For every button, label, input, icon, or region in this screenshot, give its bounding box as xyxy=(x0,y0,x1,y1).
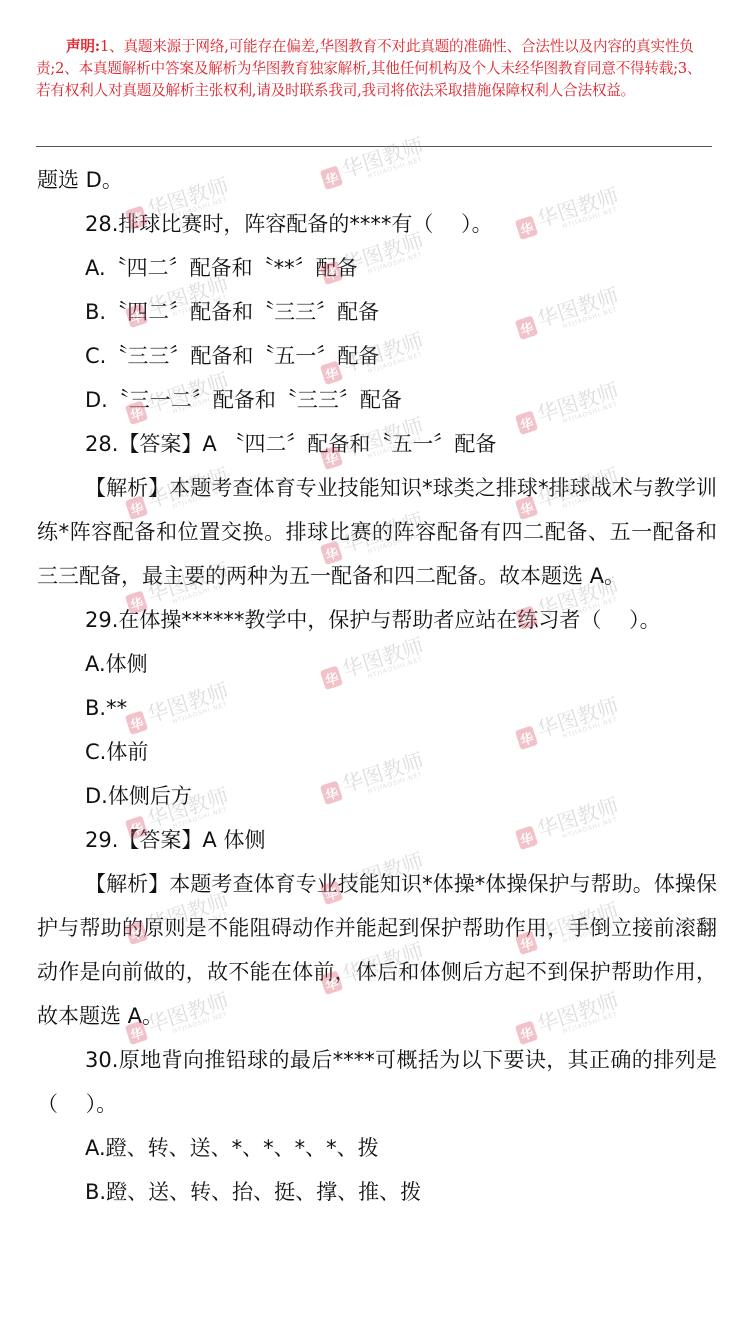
disclaimer-text: 1、真题来源于网络,可能存在偏差,华图教育不对此真题的准确性、合法性以及内容的真… xyxy=(36,38,701,99)
question-30-stem: 30.原地背向推铅球的最后****可概括为以下要诀，其正确的排列是（ ）。 xyxy=(37,1038,717,1126)
question-29-stem: 29.在体操******教学中，保护与帮助者应站在练习者（ ）。 xyxy=(37,598,717,642)
disclaimer-notice: 声明:1、真题来源于网络,可能存在偏差,华图教育不对此真题的准确性、合法性以及内… xyxy=(36,36,714,102)
question-28-option-b: B.〝四二〞配备和〝三三〞配备 xyxy=(37,290,717,334)
previous-answer-tail: 题选 D。 xyxy=(37,158,717,202)
question-30-option-a: A.蹬、转、送、*、*、*、*、拨 xyxy=(37,1126,717,1170)
question-29-option-b: B.** xyxy=(37,686,717,730)
question-28-stem: 28.排球比赛时，阵容配备的****有（ ）。 xyxy=(37,202,717,246)
question-30-option-b: B.蹬、送、转、抬、挺、撑、推、拨 xyxy=(37,1170,717,1214)
question-29-option-d: D.体侧后方 xyxy=(37,774,717,818)
question-28-option-a: A.〝四二〞配备和〝**〞配备 xyxy=(37,246,717,290)
question-28-option-d: D.〝三一二〞配备和〝三三〞配备 xyxy=(37,378,717,422)
document-body: 题选 D。 28.排球比赛时，阵容配备的****有（ ）。 A.〝四二〞配备和〝… xyxy=(37,158,717,1214)
disclaimer-label: 声明: xyxy=(66,38,100,55)
header-separator xyxy=(36,146,712,147)
question-29-answer: 29.【答案】A 体侧 xyxy=(37,818,717,862)
question-29-option-a: A.体侧 xyxy=(37,642,717,686)
question-29-analysis: 【解析】本题考查体育专业技能知识*体操*体操保护与帮助。体操保护与帮助的原则是不… xyxy=(37,862,717,1038)
question-28-option-c: C.〝三三〞配备和〝五一〞配备 xyxy=(37,334,717,378)
question-28-answer: 28.【答案】A 〝四二〞配备和〝五一〞配备 xyxy=(37,422,717,466)
question-28-analysis: 【解析】本题考查体育专业技能知识*球类之排球*排球战术与教学训练*阵容配备和位置… xyxy=(37,466,717,598)
question-29-option-c: C.体前 xyxy=(37,730,717,774)
